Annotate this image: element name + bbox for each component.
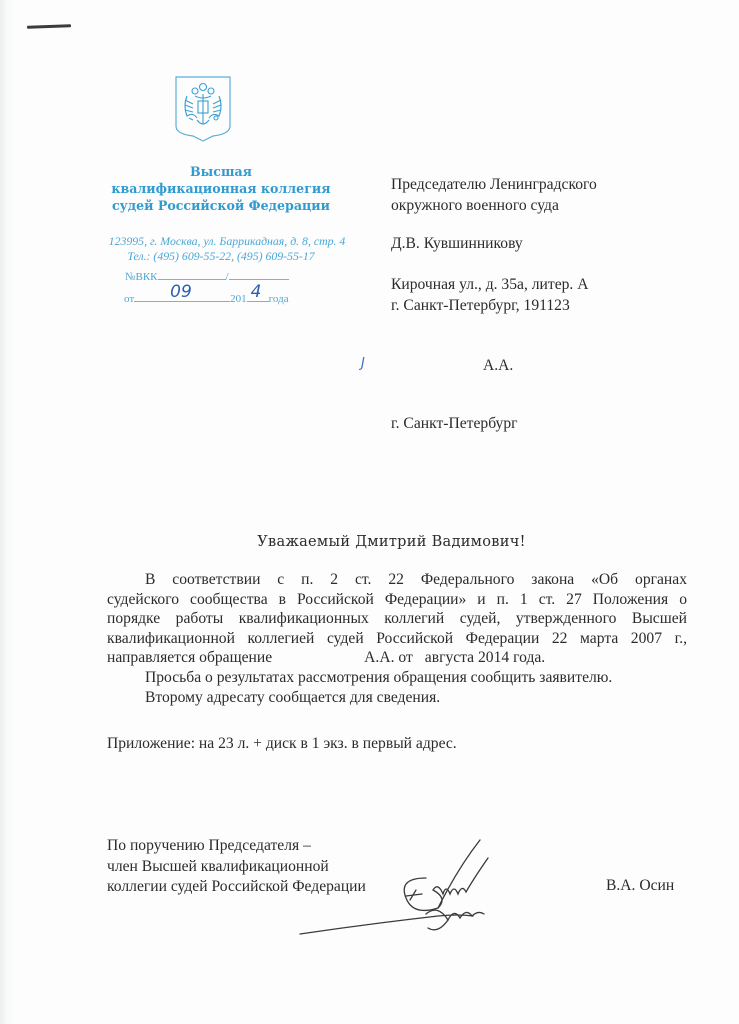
signature-icon — [298, 838, 528, 938]
redacted-initials: А.А. от — [364, 649, 413, 666]
registration-number-blank — [158, 269, 226, 280]
recipient-position-line-1: Председателю Ленинградского — [391, 174, 597, 195]
letterhead-title-line-2: квалификационная коллегия — [80, 180, 362, 197]
letter-date-field: от092014года — [124, 290, 289, 305]
registration-number-blank-2 — [229, 269, 289, 280]
date-prefix: от — [124, 293, 134, 305]
russian-coat-of-arms-icon — [173, 74, 233, 144]
paragraph-line: В соответствии с п. 2 ст. 22 Федеральног… — [107, 570, 687, 590]
paragraph-line: судейского сообщества в Российской Федер… — [107, 590, 687, 610]
attachment-note: Приложение: на 23 л. + диск в 1 экз. в п… — [107, 735, 457, 753]
salutation: Уважаемый Дмитрий Вадимович! — [0, 534, 739, 550]
letterhead-phones: Тел.: (495) 609-55-22, (495) 609-55-17 — [80, 249, 362, 264]
date-year-prefix: 201 — [230, 293, 247, 305]
registration-number-label: №ВКК — [125, 271, 158, 283]
recipient-name: Д.В. Кувшинникову — [391, 233, 523, 254]
second-recipient-city: г. Санкт-Петербург — [391, 413, 518, 434]
staple-mark — [27, 24, 71, 29]
letterhead-title-line-3: судей Российской Федерации — [80, 197, 362, 214]
handwritten-mark: J — [361, 356, 365, 371]
paragraph-line-last: направляется обращениеА.А. отавгуста 201… — [107, 648, 687, 668]
date-suffix: года — [269, 293, 289, 305]
letterhead-address: 123995, г. Москва, ул. Баррикадная, д. 8… — [86, 234, 368, 249]
main-paragraph: В соответствии с п. 2 ст. 22 Федеральног… — [107, 570, 687, 668]
request-paragraph: Просьба о результатах рассмотрения обращ… — [145, 668, 725, 688]
notice-paragraph: Второму адресату сообщается для сведения… — [145, 688, 725, 708]
signatory-name: В.А. Осин — [606, 877, 674, 895]
letterhead-title-line-1: Высшая — [80, 163, 362, 180]
date-day-blank: 09 — [134, 290, 230, 302]
paragraph-line: порядке работы квалификационных коллегий… — [107, 609, 687, 629]
recipient-city: г. Санкт-Петербург, 191123 — [391, 295, 570, 316]
second-recipient-initials: А.А. — [483, 355, 513, 376]
date-year-blank: 4 — [247, 290, 269, 302]
paragraph-text: направляется обращение — [107, 649, 272, 666]
letter-page: Высшая квалификационная коллегия судей Р… — [0, 0, 739, 1024]
paragraph-line: квалификационной коллегией судей Российс… — [107, 629, 687, 649]
handwritten-year-digit: 4 — [251, 282, 262, 302]
paragraph-text: августа 2014 года. — [425, 649, 545, 666]
handwritten-day: 09 — [170, 282, 192, 302]
registration-number-field: №ВКК/ — [125, 269, 289, 283]
recipient-street: Кирочная ул., д. 35а, литер. А — [391, 274, 588, 295]
recipient-position-line-2: окружного военного суда — [391, 195, 559, 216]
